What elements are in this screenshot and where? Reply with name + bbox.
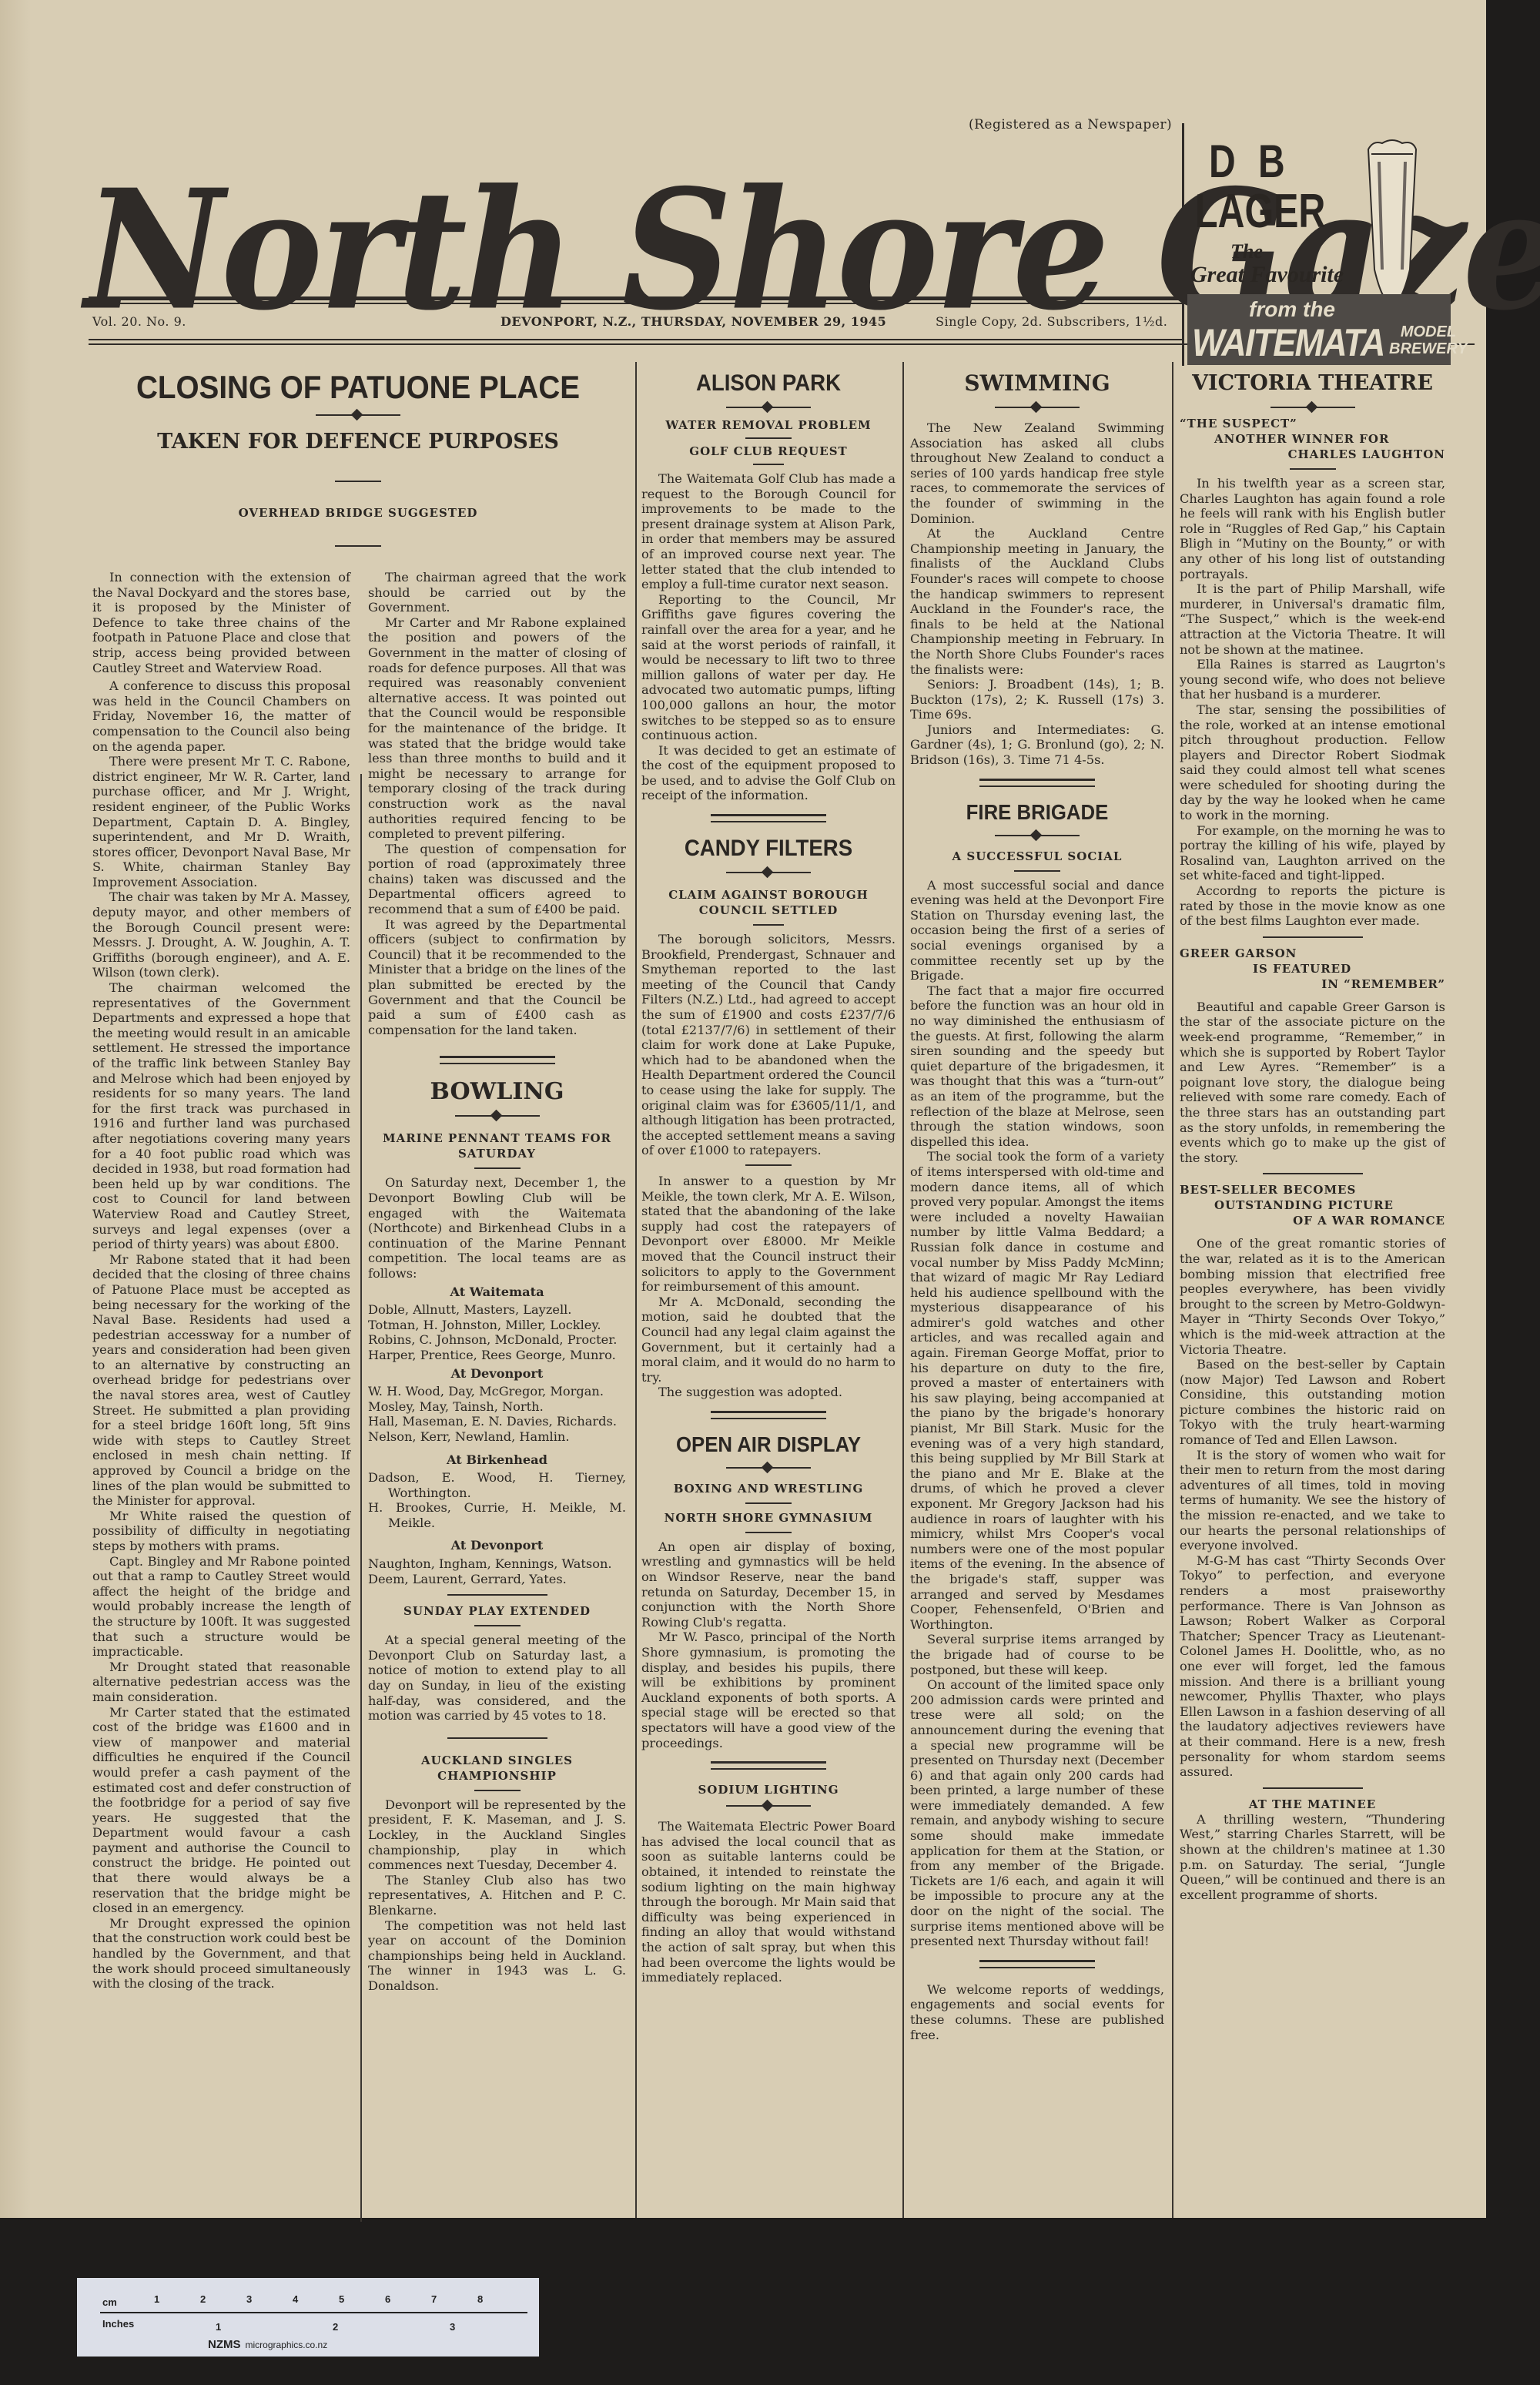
paragraph: Mr W. Pasco, principal of the North Shor…: [641, 1630, 896, 1750]
theatre-subhead: IS FEATURED: [1180, 961, 1445, 976]
col-4: SWIMMING The New Zealand Swimming Associ…: [910, 368, 1164, 2042]
registered-notice: (Registered as a Newspaper): [969, 117, 1172, 132]
section-divider: [979, 779, 1095, 787]
venue-heading: At Waitemata: [368, 1285, 626, 1300]
paragraph: Beautiful and capable Greer Garson is th…: [1180, 1000, 1445, 1166]
candy-filters-headline: CANDY FILTERS: [651, 833, 885, 864]
theatre-subhead: CHARLES LAUGHTON: [1180, 447, 1445, 462]
team-line: Hall, Maseman, E. N. Davies, Richards.: [368, 1414, 626, 1429]
matinee-heading: AT THE MATINEE: [1180, 1797, 1445, 1812]
column-rule: [635, 362, 637, 2218]
paragraph: In answer to a question by Mr Meikle, th…: [641, 1174, 896, 1295]
column-rule: [902, 362, 904, 2218]
cm-tick: 3: [246, 2293, 252, 2305]
divider: [1290, 468, 1336, 470]
divider: [1263, 1173, 1363, 1174]
bowling-subhead: MARINE PENNANT TEAMS FOR SATURDAY: [368, 1131, 626, 1161]
sodium-lighting-heading: SODIUM LIGHTING: [641, 1782, 896, 1797]
dateline-rule: [89, 339, 1182, 340]
paragraph: The chairman agreed that the work should…: [368, 570, 626, 615]
ad-brewery-name: WAITEMATA: [1192, 322, 1384, 363]
divider: [745, 437, 792, 439]
paragraph: Capt. Bingley and Mr Rabone pointed out …: [92, 1554, 350, 1660]
paragraph: Based on the best-seller by Captain (now…: [1180, 1357, 1445, 1448]
ad-tagline-1: The: [1230, 240, 1263, 263]
db-lager-advert: D B LAGER The Great Favourite from the W…: [1182, 123, 1461, 366]
team-line: W. H. Wood, Day, McGregor, Morgan.: [368, 1384, 626, 1399]
paragraph: Accordng to reports the picture is rated…: [1180, 883, 1445, 929]
divider: [753, 924, 784, 926]
paragraph: M-G-M has cast “Thirty Seconds Over Toky…: [1180, 1553, 1445, 1780]
candy-subhead: CLAIM AGAINST BOROUGH COUNCIL SETTLED: [641, 887, 896, 918]
paragraph: It is the story of women who wait for th…: [1180, 1448, 1445, 1553]
paragraph: There were present Mr T. C. Rabone, dist…: [92, 754, 350, 889]
paragraph: At a special general meeting of the Devo…: [368, 1633, 626, 1723]
volume-number: Vol. 20. No. 9.: [92, 314, 186, 329]
paragraph: Seniors: J. Broadbent (14s), 1; B. Buckt…: [910, 677, 1164, 722]
ornament-divider: [726, 402, 811, 413]
alison-subhead-2: GOLF CLUB REQUEST: [641, 444, 896, 459]
patuone-col-1: In connection with the extension of the …: [92, 570, 350, 1991]
alison-subhead-1: WATER REMOVAL PROBLEM: [641, 417, 896, 433]
patuone-col-2: The chairman agreed that the work should…: [368, 570, 626, 1994]
ad-product: LAGER: [1195, 188, 1325, 236]
team-line: Harper, Prentice, Rees George, Munro.: [368, 1348, 626, 1363]
ruler-line: [100, 2312, 527, 2313]
paragraph: Mr Rabone stated that it had been decide…: [92, 1252, 350, 1509]
cm-tick: 4: [293, 2293, 298, 2305]
paragraph: The New Zealand Swimming Association has…: [910, 420, 1164, 526]
divider: [335, 481, 381, 482]
paragraph: On account of the limited space only 200…: [910, 1677, 1164, 1949]
paragraph: In connection with the extension of the …: [92, 570, 350, 675]
patuone-subhead: TAKEN FOR DEFENCE PURPOSES: [92, 427, 624, 457]
divider: [474, 1625, 521, 1626]
team-line: Deem, Laurent, Gerrard, Yates.: [368, 1572, 626, 1587]
ad-model: MODEL: [1389, 323, 1468, 340]
theatre-subhead: “THE SUSPECT”: [1180, 416, 1445, 431]
price: Single Copy, 2d. Subscribers, 1½d.: [936, 314, 1167, 329]
team-line: Totman, H. Johnston, Miller, Lockley.: [368, 1318, 626, 1333]
ornament-divider: [455, 1110, 540, 1121]
section-divider: [711, 814, 826, 822]
divider: [745, 1532, 792, 1533]
divider: [753, 464, 784, 465]
paragraph: The question of compensation for portion…: [368, 842, 626, 917]
inch-tick: 3: [450, 2321, 455, 2333]
ad-tagline-2: Great Favourite: [1190, 262, 1344, 288]
dateline: DEVONPORT, N.Z., THURSDAY, NOVEMBER 29, …: [500, 314, 886, 329]
venue-heading: At Birkenhead: [368, 1452, 626, 1468]
fire-subhead: A SUCCESSFUL SOCIAL: [910, 849, 1164, 864]
paragraph: The Waitemata Electric Power Board has a…: [641, 1819, 896, 1985]
team-line: Dadson, E. Wood, H. Tierney, Worthington…: [368, 1470, 626, 1500]
patuone-headline: CLOSING OF PATUONE PLACE: [114, 368, 603, 407]
paragraph: Several surprise items arranged by the b…: [910, 1632, 1164, 1677]
paragraph: Mr Drought expressed the opinion that th…: [92, 1916, 350, 1991]
divider: [745, 1502, 792, 1504]
ad-model-brewery: MODEL BREWERY: [1389, 323, 1468, 357]
cm-tick: 7: [431, 2293, 437, 2305]
paragraph: Mr Carter and Mr Rabone explained the po…: [368, 615, 626, 842]
column-rule: [360, 774, 362, 2222]
team-line: Robins, C. Johnson, McDonald, Procter.: [368, 1332, 626, 1348]
cm-tick: 5: [339, 2293, 344, 2305]
scale-ruler: cm Inches 1 2 3 4 5 6 7 8 1 2 3 NZMSmicr…: [77, 2278, 539, 2357]
inches-label: Inches: [102, 2318, 134, 2330]
paragraph: In his twelfth year as a screen star, Ch…: [1180, 476, 1445, 581]
paragraph: It was agreed by the Departmental office…: [368, 917, 626, 1038]
ornament-divider: [995, 402, 1080, 413]
paragraph: It was decided to get an estimate of the…: [641, 743, 896, 803]
inch-tick: 2: [333, 2321, 338, 2333]
section-divider: [711, 1411, 826, 1419]
open-air-headline: OPEN AIR DISPLAY: [651, 1430, 885, 1459]
beer-glass-icon: [1365, 139, 1419, 316]
paragraph: It is the part of Philip Marshall, wife …: [1180, 581, 1445, 657]
ornament-divider: [316, 410, 400, 420]
paragraph: Mr A. McDonald, seconding the motion, sa…: [641, 1295, 896, 1385]
paragraph: One of the great romantic stories of the…: [1180, 1236, 1445, 1357]
cm-tick: 8: [477, 2293, 483, 2305]
paragraph: On Saturday next, December 1, the Devonp…: [368, 1175, 626, 1281]
divider: [447, 1594, 547, 1596]
theatre-subhead: IN “REMEMBER”: [1180, 976, 1445, 992]
paragraph: The borough solicitors, Messrs. Brookfie…: [641, 932, 896, 1158]
paragraph: An open air display of boxing, wrestling…: [641, 1539, 896, 1630]
paragraph: The suggestion was adopted.: [641, 1385, 896, 1400]
theatre-subhead: OUTSTANDING PICTURE: [1180, 1198, 1445, 1213]
venue-heading: At Devonport: [368, 1538, 626, 1553]
paragraph: The chairman welcomed the representative…: [92, 980, 350, 1252]
paragraph: For example, on the morning he was to po…: [1180, 823, 1445, 883]
ornament-divider: [726, 1800, 811, 1811]
ornament-divider: [1270, 402, 1355, 413]
patuone-heading-block: CLOSING OF PATUONE PLACE TAKEN FOR DEFEN…: [92, 368, 624, 554]
paragraph: Ella Raines is starred as Laugrton's you…: [1180, 657, 1445, 702]
fire-brigade-headline: FIRE BRIGADE: [920, 798, 1154, 827]
divider: [1263, 936, 1363, 938]
paragraph: The fact that a major fire occurred befo…: [910, 983, 1164, 1150]
team-line: Naughton, Ingham, Kennings, Watson.: [368, 1556, 626, 1572]
column-rule: [1172, 362, 1173, 2218]
paragraph: Mr White raised the question of possibil…: [92, 1509, 350, 1554]
ruler-site: micrographics.co.nz: [246, 2340, 328, 2350]
ornament-divider: [995, 830, 1080, 841]
newspaper-page: (Registered as a Newspaper) North Shore …: [0, 0, 1486, 2218]
paragraph: A thrilling western, “Thundering West,” …: [1180, 1812, 1445, 1903]
paragraph: Reporting to the Council, Mr Griffiths g…: [641, 592, 896, 743]
patuone-kicker: OVERHEAD BRIDGE SUGGESTED: [92, 505, 624, 521]
open-air-subhead-2: NORTH SHORE GYMNASIUM: [641, 1510, 896, 1526]
paragraph: Devonport will be represented by the pre…: [368, 1797, 626, 1873]
paragraph: At the Auckland Centre Championship meet…: [910, 526, 1164, 677]
bowling-headline: BOWLING: [368, 1077, 626, 1107]
nzms-logo: NZMS: [208, 2338, 241, 2351]
paragraph: The chair was taken by Mr A. Massey, dep…: [92, 889, 350, 980]
theatre-subhead: GREER GARSON: [1180, 946, 1445, 961]
social-notice: We welcome reports of weddings, engageme…: [910, 1982, 1164, 2042]
paragraph: The star, sensing the possibilities of t…: [1180, 702, 1445, 823]
section-divider: [979, 1960, 1095, 1968]
paragraph: Juniors and Intermediates: G. Gardner (4…: [910, 722, 1164, 768]
divider: [447, 1737, 547, 1739]
divider: [474, 1790, 521, 1791]
paragraph: The Waitemata Golf Club has made a reque…: [641, 471, 896, 592]
theatre-subhead: OF A WAR ROMANCE: [1180, 1213, 1445, 1228]
paragraph: A conference to discuss this proposal wa…: [92, 678, 350, 754]
divider: [745, 1164, 792, 1166]
col-3: ALISON PARK WATER REMOVAL PROBLEM GOLF C…: [641, 368, 896, 1985]
section-divider: [711, 1761, 826, 1770]
bowling-article: BOWLING MARINE PENNANT TEAMS FOR SATURDA…: [368, 1077, 626, 1993]
paragraph: Mr Carter stated that the estimated cost…: [92, 1705, 350, 1916]
paragraph: The Stanley Club also has two representa…: [368, 1873, 626, 1918]
masthead-rule: [89, 296, 1182, 300]
team-line: Doble, Allnutt, Masters, Layzell.: [368, 1302, 626, 1318]
swimming-headline: SWIMMING: [910, 368, 1164, 399]
ruler-brand: NZMSmicrographics.co.nz: [208, 2338, 327, 2351]
paragraph: A most successful social and dance eveni…: [910, 878, 1164, 983]
theatre-subhead: BEST-SELLER BECOMES: [1180, 1182, 1445, 1198]
ad-brewery: BREWERY: [1389, 340, 1468, 357]
sunday-play-heading: SUNDAY PLAY EXTENDED: [368, 1603, 626, 1619]
paragraph: The competition was not held last year o…: [368, 1918, 626, 1994]
team-line: Nelson, Kerr, Newland, Hamlin.: [368, 1429, 626, 1445]
team-line: H. Brookes, Currie, H. Meikle, M. Meikle…: [368, 1500, 626, 1530]
singles-heading: AUCKLAND SINGLES CHAMPIONSHIP: [368, 1753, 626, 1784]
cm-tick: 2: [200, 2293, 206, 2305]
masthead-rule-thin: [89, 303, 1182, 304]
ad-brewery-band: from the WAITEMATA MODEL BREWERY: [1187, 294, 1451, 365]
ornament-divider: [726, 867, 811, 878]
divider: [474, 1167, 521, 1169]
paragraph: Mr Drought stated that reasonable altern…: [92, 1660, 350, 1705]
victoria-theatre-headline: VICTORIA THEATRE: [1180, 368, 1445, 399]
divider: [1014, 870, 1060, 872]
divider: [1263, 1787, 1363, 1789]
venue-heading: At Devonport: [368, 1366, 626, 1382]
inch-tick: 1: [216, 2321, 221, 2333]
col-5: VICTORIA THEATRE “THE SUSPECT” ANOTHER W…: [1180, 368, 1445, 1902]
alison-park-headline: ALISON PARK: [651, 368, 885, 399]
paragraph: The social took the form of a variety of…: [910, 1149, 1164, 1632]
ad-from: from the: [1249, 297, 1335, 322]
cm-tick: 1: [154, 2293, 159, 2305]
cm-tick: 6: [385, 2293, 390, 2305]
divider: [335, 545, 381, 547]
section-divider: [440, 1056, 555, 1064]
ornament-divider: [726, 1462, 811, 1473]
ad-brand: D B: [1209, 139, 1291, 185]
team-line: Mosley, May, Tainsh, North.: [368, 1399, 626, 1415]
theatre-subhead: ANOTHER WINNER FOR: [1180, 431, 1445, 447]
cm-label: cm: [102, 2296, 117, 2308]
open-air-subhead-1: BOXING AND WRESTLING: [641, 1481, 896, 1496]
